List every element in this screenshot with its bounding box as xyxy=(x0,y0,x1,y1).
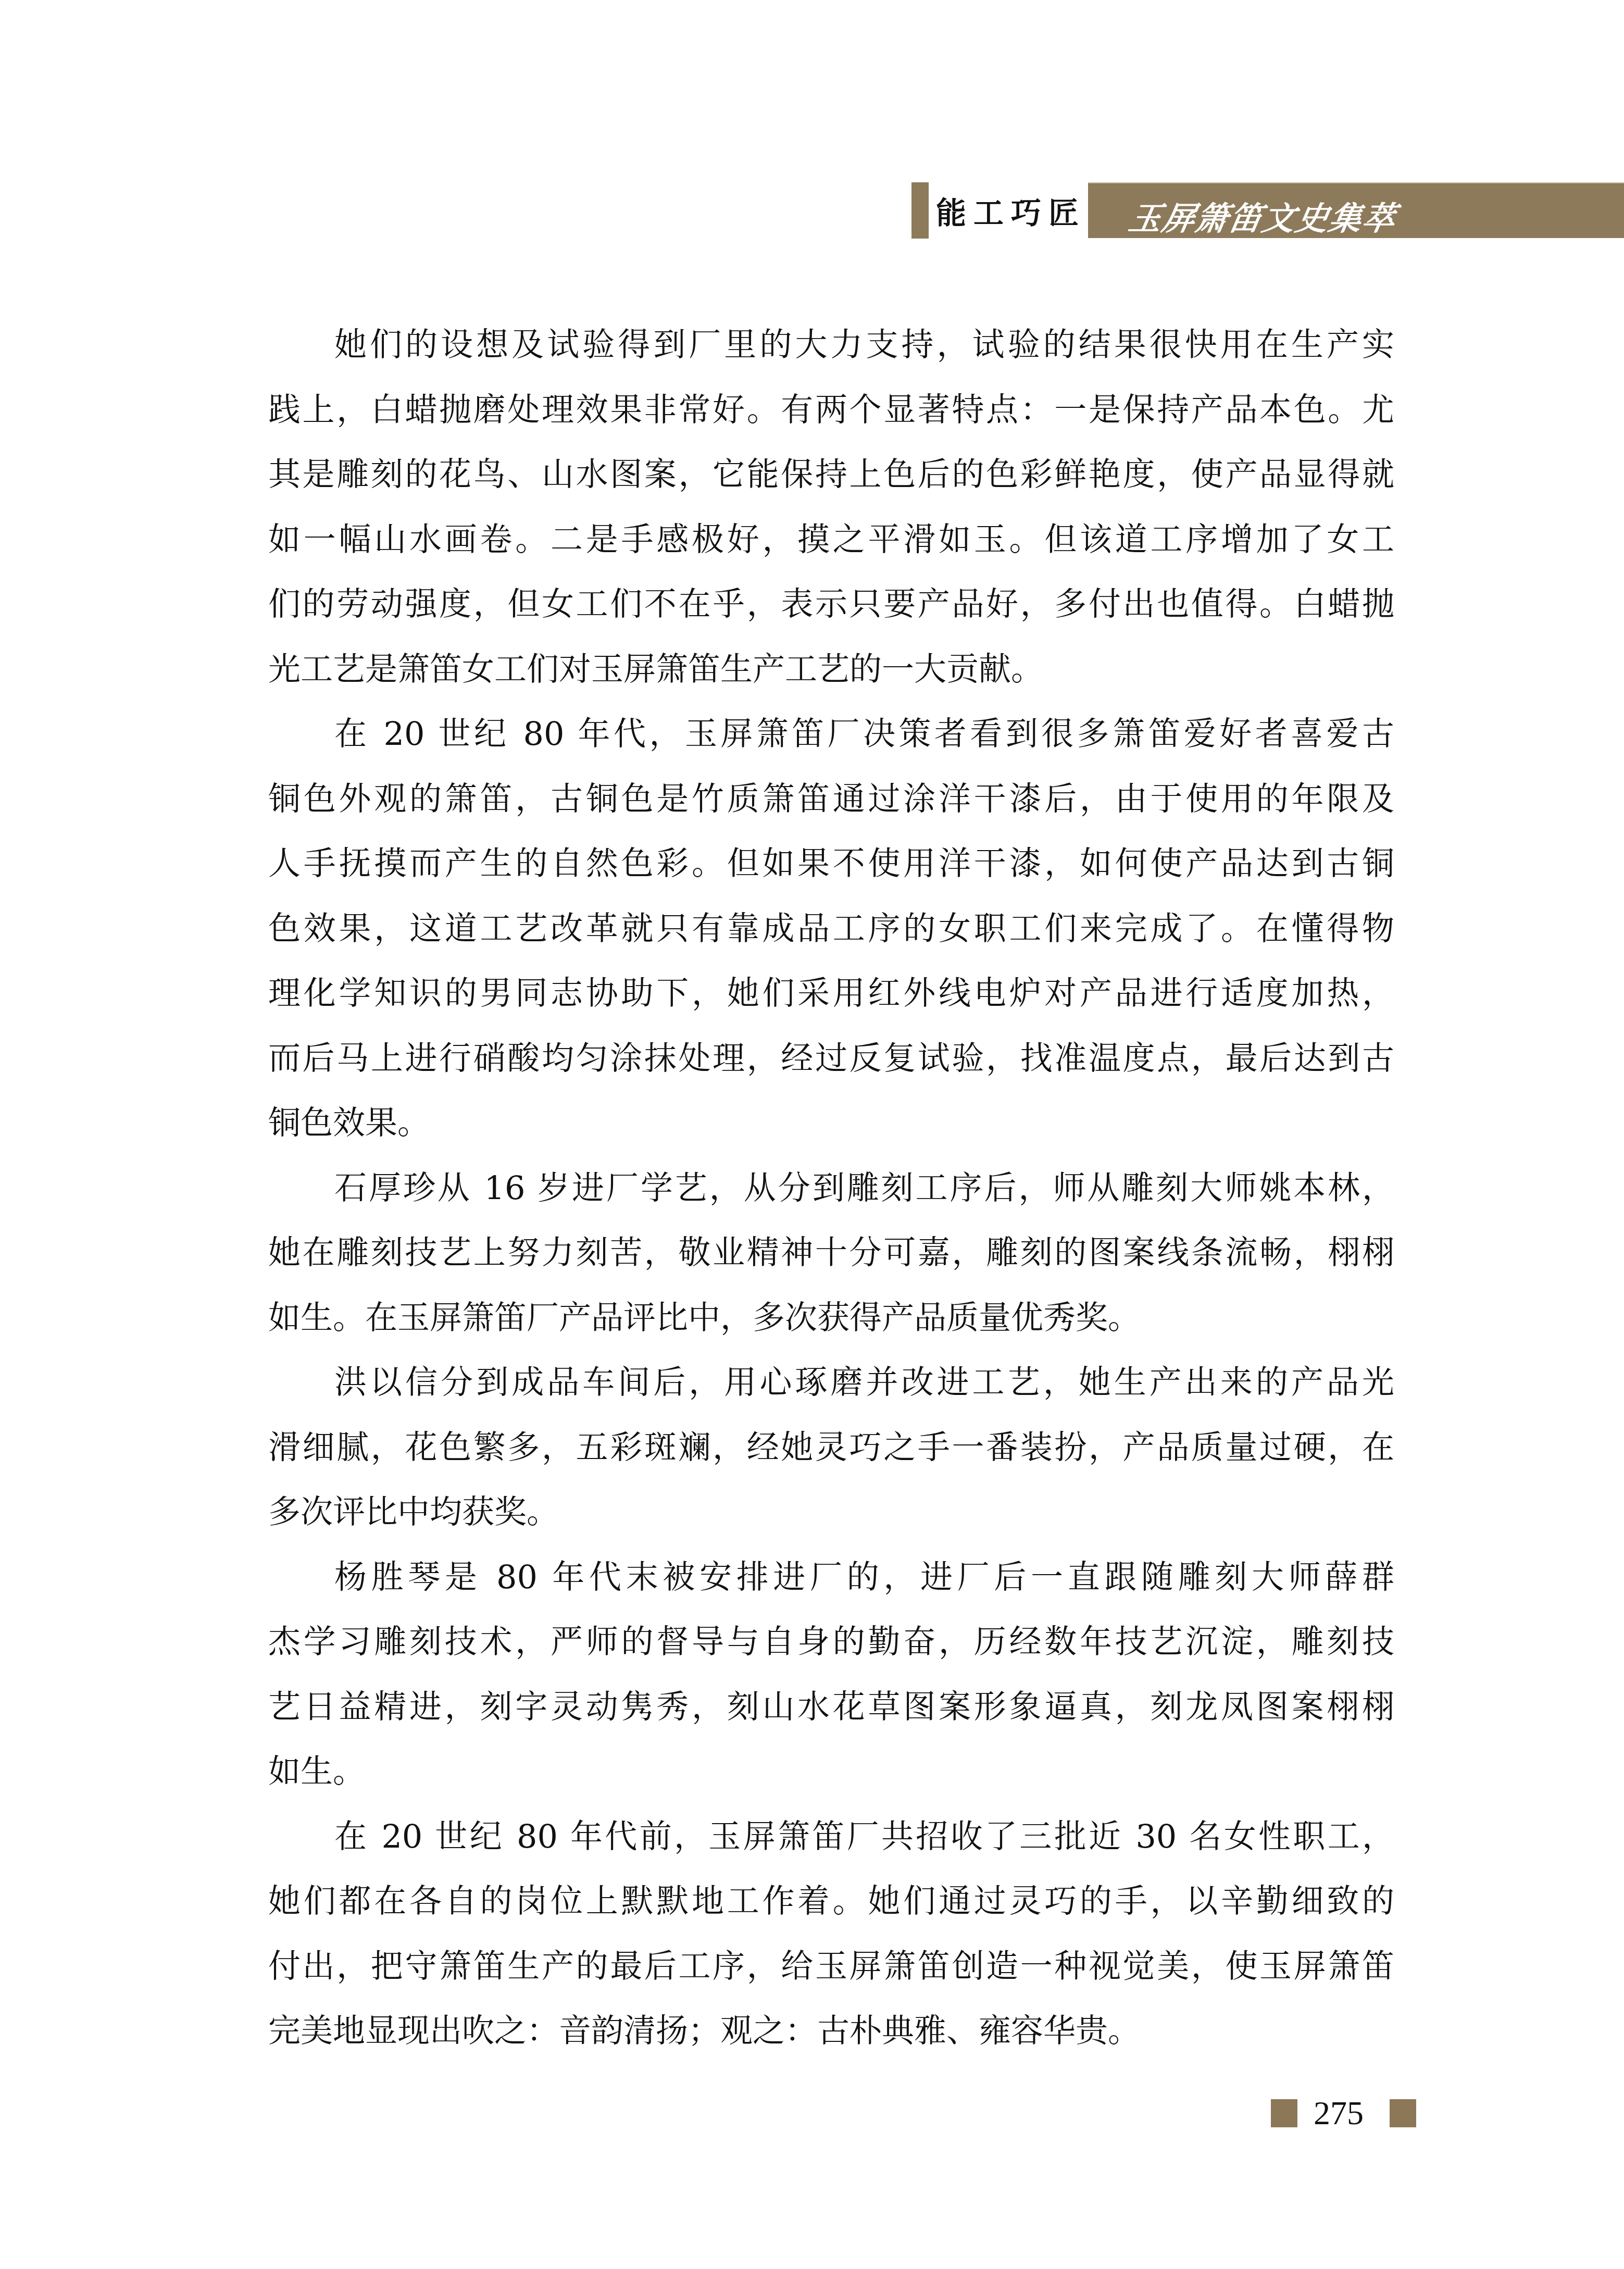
text-line: 人手抚摸而产生的自然色彩。但如果不使用洋干漆，如何使产品达到古铜 xyxy=(268,831,1394,896)
body-text: 她们的设想及试验得到厂里的大力支持，试验的结果很快用在生产实 践上，白蜡抛磨处理… xyxy=(268,313,1394,2064)
text-line: 滑细腻，花色繁多，五彩斑斓，经她灵巧之手一番装扮，产品质量过硬，在 xyxy=(268,1415,1394,1480)
text-line: 如生。在玉屏箫笛厂产品评比中，多次获得产品质量优秀奖。 xyxy=(268,1286,1394,1351)
header-accent-bar xyxy=(911,182,929,239)
text-line: 如生。 xyxy=(268,1739,1394,1804)
text-line: 践上，白蜡抛磨处理效果非常好。有两个显著特点：一是保持产品本色。尤 xyxy=(268,378,1394,443)
text-line: 理化学知识的男同志协助下，她们采用红外线电炉对产品进行适度加热， xyxy=(268,961,1394,1026)
text-line: 多次评比中均获奖。 xyxy=(268,1480,1394,1545)
text-line: 如一幅山水画卷。二是手感极好，摸之平滑如玉。但该道工序增加了女工 xyxy=(268,507,1394,572)
text-line: 光工艺是箫笛女工们对玉屏箫笛生产工艺的一大贡献。 xyxy=(268,637,1394,702)
text-line: 铜色效果。 xyxy=(268,1091,1394,1156)
text-line: 铜色外观的箫笛，古铜色是竹质箫笛通过涂洋干漆后，由于使用的年限及 xyxy=(268,767,1394,832)
section-title: 能工巧匠 xyxy=(936,182,1087,239)
text-line: 色效果，这道工艺改革就只有靠成品工序的女职工们来完成了。在懂得物 xyxy=(268,896,1394,962)
text-line: 她们都在各自的岗位上默默地工作着。她们通过灵巧的手，以辛勤细致的 xyxy=(268,1869,1394,1934)
text-line: 在 20 世纪 80 年代前，玉屏箫笛厂共招收了三批近 30 名女性职工， xyxy=(268,1804,1394,1869)
book-title-calligraphy: 玉屏箫笛文史集萃 xyxy=(1126,193,1401,239)
footer-square-left-icon xyxy=(1271,2099,1297,2127)
text-line: 艺日益精进，刻字灵动隽秀，刻山水花草图案形象逼真，刻龙凤图案栩栩 xyxy=(268,1675,1394,1740)
text-line: 杰学习雕刻技术，严师的督导与自身的勤奋，历经数年技艺沉淀，雕刻技 xyxy=(268,1610,1394,1675)
text-line: 石厚珍从 16 岁进厂学艺，从分到雕刻工序后，师从雕刻大师姚本林， xyxy=(268,1156,1394,1221)
header-band: 玉屏箫笛文史集萃 xyxy=(1088,182,1624,238)
text-line: 付出，把守箫笛生产的最后工序，给玉屏箫笛创造一种视觉美，使玉屏箫笛 xyxy=(268,1934,1394,1999)
page-number: 275 xyxy=(1314,2099,1364,2127)
page-footer: 275 xyxy=(1271,2099,1416,2127)
text-line: 杨胜琴是 80 年代末被安排进厂的，进厂后一直跟随雕刻大师薛群 xyxy=(268,1545,1394,1610)
text-line: 她在雕刻技艺上努力刻苦，敬业精神十分可嘉，雕刻的图案线条流畅，栩栩 xyxy=(268,1220,1394,1286)
text-line: 而后马上进行硝酸均匀涂抹处理，经过反复试验，找准温度点，最后达到古 xyxy=(268,1026,1394,1091)
text-line: 完美地显现出吹之：音韵清扬；观之：古朴典雅、雍容华贵。 xyxy=(268,1999,1394,2064)
text-line: 其是雕刻的花鸟、山水图案，它能保持上色后的色彩鲜艳度，使产品显得就 xyxy=(268,442,1394,507)
text-line: 她们的设想及试验得到厂里的大力支持，试验的结果很快用在生产实 xyxy=(268,313,1394,378)
text-line: 洪以信分到成品车间后，用心琢磨并改进工艺，她生产出来的产品光 xyxy=(268,1350,1394,1415)
text-line: 们的劳动强度，但女工们不在乎，表示只要产品好，多付出也值得。白蜡抛 xyxy=(268,572,1394,637)
text-line: 在 20 世纪 80 年代，玉屏箫笛厂决策者看到很多箫笛爱好者喜爱古 xyxy=(268,702,1394,767)
footer-square-right-icon xyxy=(1390,2099,1416,2127)
